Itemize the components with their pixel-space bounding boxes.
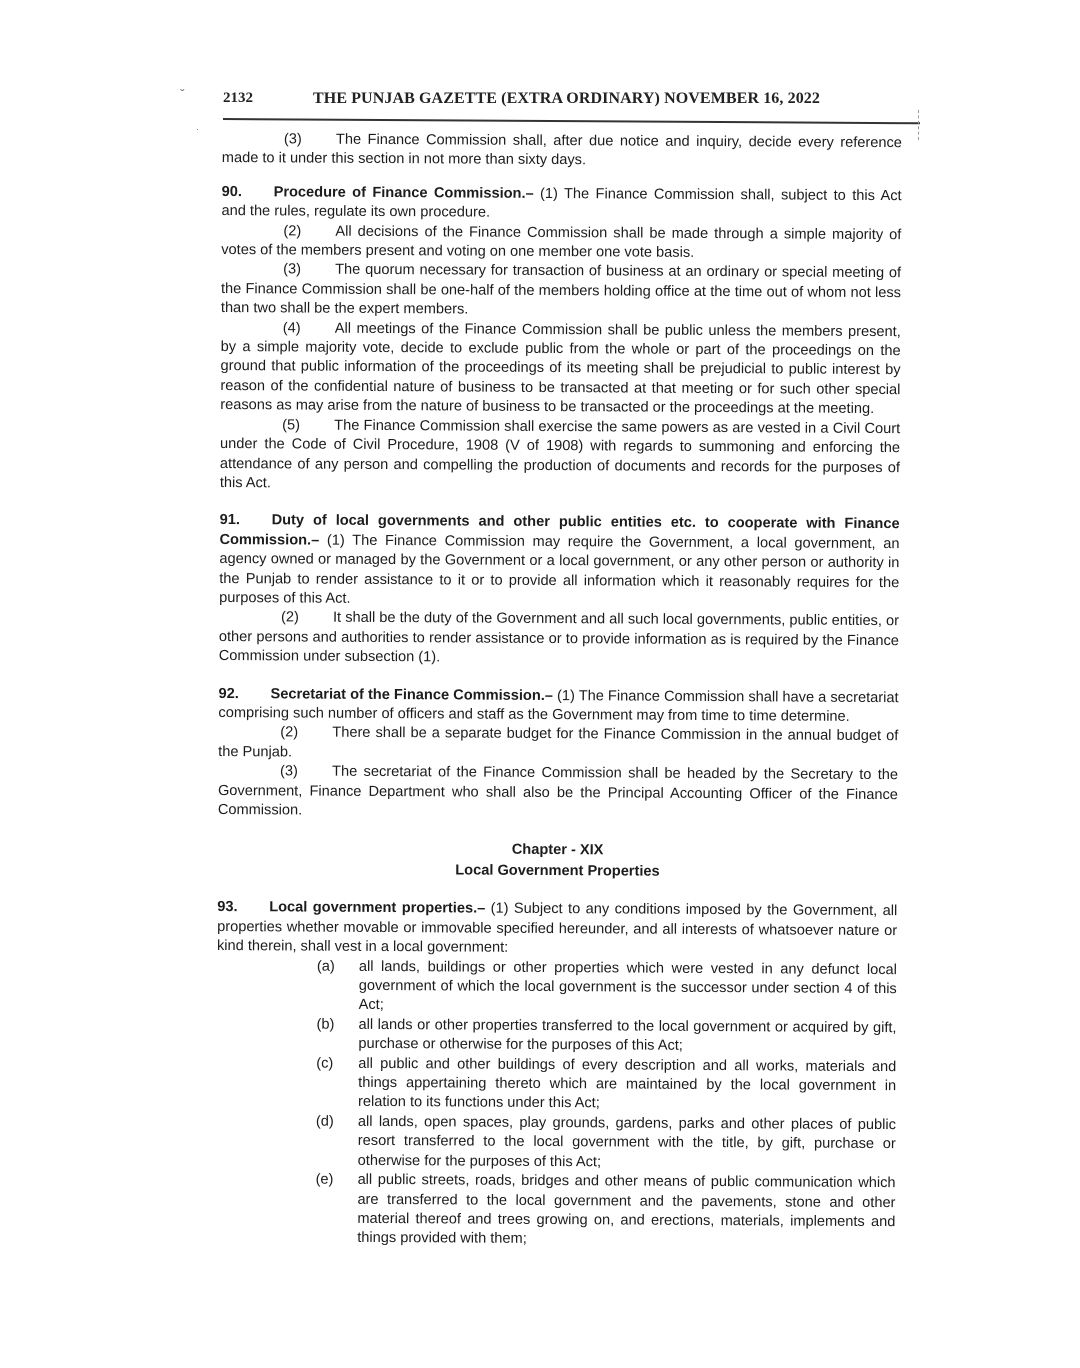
subsection: (4)All meetings of the Finance Commissio… — [220, 319, 901, 420]
section-heading: Local government properties.– — [269, 900, 485, 917]
subsection: (3)The quorum necessary for transaction … — [221, 260, 901, 322]
subsection: (2)All decisions of the Finance Commissi… — [221, 222, 901, 265]
subsection-intro: (3)The Finance Commission shall, after d… — [222, 130, 902, 173]
section-heading: Secretariat of the Finance Commission.– — [271, 686, 553, 704]
subsection: (2)It shall be the duty of the Governmen… — [219, 608, 899, 670]
subsection: (2)There shall be a separate budget for … — [218, 723, 898, 766]
margin-dot-mark: · — [196, 124, 199, 134]
clause-item: (a)all lands, buildings or other propert… — [317, 957, 897, 1019]
header-rule-divider — [223, 118, 920, 124]
section-heading: Procedure of Finance Commission.– — [274, 184, 534, 202]
chapter-title: Local Government Properties — [217, 859, 897, 884]
page-number: 2132 — [223, 90, 253, 107]
section-91: 91.Duty of local governments and other p… — [219, 511, 900, 612]
page-header: 2132 THE PUNJAB GAZETTE (EXTRA ORDINARY)… — [223, 88, 923, 114]
section-90: 90.Procedure of Finance Commission.– (1)… — [221, 183, 901, 226]
clause-item: (d)all lands, open spaces, play grounds,… — [316, 1112, 896, 1174]
document-body: (3)The Finance Commission shall, after d… — [215, 130, 902, 1252]
clause-list: (a)all lands, buildings or other propert… — [315, 957, 897, 1252]
subsection: (5)The Finance Commission shall exercise… — [220, 416, 900, 498]
clause-item: (c)all public and other buildings of eve… — [316, 1054, 896, 1116]
gazette-title: THE PUNJAB GAZETTE (EXTRA ORDINARY) NOVE… — [313, 90, 820, 108]
section-93: 93.Local government properties.– (1) Sub… — [217, 898, 897, 960]
margin-crop-mark — [918, 110, 921, 140]
chapter-heading: Chapter - XIX Local Government Propertie… — [217, 838, 897, 884]
gazette-page: ˇ · 2132 THE PUNJAB GAZETTE (EXTRA ORDIN… — [0, 0, 1080, 1368]
margin-scribble-mark: ˇ — [180, 86, 185, 102]
clause-item: (b)all lands or other properties transfe… — [316, 1015, 896, 1057]
section-92: 92.Secretariat of the Finance Commission… — [218, 685, 898, 728]
subsection: (3)The secretariat of the Finance Commis… — [218, 762, 898, 824]
clause-item: (e)all public streets, roads, bridges an… — [315, 1171, 895, 1252]
